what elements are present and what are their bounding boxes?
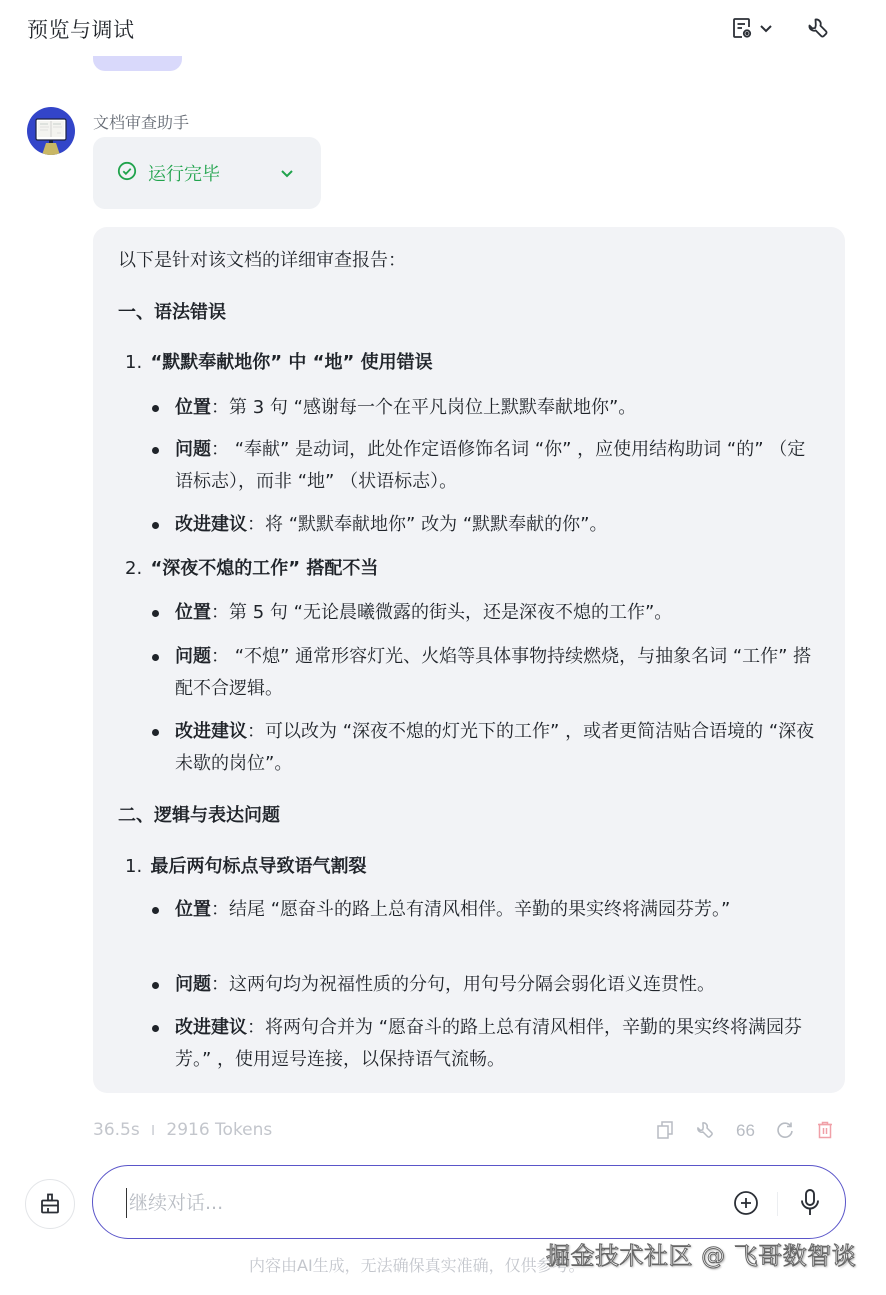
bullet-label: 改进建议	[175, 514, 247, 535]
message-intro: 以下是针对该文档的详细审查报告：	[118, 245, 406, 277]
bullet-text: ：结尾 “愿奋斗的路上总有清风相伴。辛勤的果实终将满园芬芳。”	[211, 899, 730, 920]
previous-message-bubble	[93, 56, 182, 71]
check-circle-icon	[117, 161, 137, 185]
wrench-icon	[806, 16, 830, 40]
header: 预览与调试	[0, 0, 886, 58]
add-attachment-button[interactable]	[733, 1190, 759, 1220]
delete-icon	[815, 1120, 835, 1140]
avatar	[27, 107, 75, 155]
issue-title: “默默奉献地你” 中 “地” 使用错误	[150, 352, 432, 373]
separator: I	[151, 1124, 155, 1139]
bullet-location: 位置：结尾 “愿奋斗的路上总有清风相伴。辛勤的果实终将满园芬芳。”	[148, 894, 818, 926]
delete-button[interactable]	[815, 1120, 835, 1140]
bullet-suggestion: 改进建议：可以改为 “深夜不熄的灯光下的工作” ，或者更简洁贴合语境的 “深夜未…	[148, 716, 818, 780]
chat-input-container	[92, 1165, 846, 1239]
bullet-label: 问题	[175, 974, 211, 995]
issue-heading: 2. “深夜不熄的工作” 搭配不当	[125, 553, 378, 585]
voice-input-button[interactable]	[797, 1188, 823, 1222]
wrench-icon	[695, 1120, 715, 1140]
bullet-problem: 问题： “不熄” 通常形容灯光、火焰等具体事物持续燃烧，与抽象名词 “工作” 搭…	[148, 641, 818, 705]
plus-circle-icon	[733, 1190, 759, 1216]
bullet-location: 位置：第 3 句 “感谢每一个在平凡岗位上默默奉献地你”。	[148, 392, 818, 424]
issue-title: “深夜不熄的工作” 搭配不当	[150, 558, 378, 579]
section-heading: 二、逻辑与表达问题	[118, 800, 280, 832]
copy-button[interactable]	[655, 1120, 675, 1140]
header-actions	[730, 16, 830, 40]
bullet-text: ：将 “默默奉献地你” 改为 “默默奉献的你”。	[247, 514, 607, 535]
clear-context-button[interactable]	[25, 1179, 75, 1229]
regenerate-button[interactable]	[775, 1120, 795, 1140]
bullet-suggestion: 改进建议：将两句合并为 “愿奋斗的路上总有清风相伴，辛勤的果实终将满园芬芳。” …	[148, 1012, 818, 1076]
message-stats: 36.5s I 2916 Tokens	[93, 1120, 272, 1140]
issue-heading: 1. 最后两句标点导致语气割裂	[125, 851, 366, 883]
bullet-label: 改进建议	[175, 1017, 247, 1038]
settings-button[interactable]	[806, 16, 830, 40]
bullet-text: ：第 5 句 “无论晨曦微露的街头，还是深夜不熄的工作”。	[211, 602, 672, 623]
tool-button[interactable]	[695, 1120, 715, 1140]
document-settings-icon	[730, 16, 754, 40]
bullet-suggestion: 改进建议：将 “默默奉献地你” 改为 “默默奉献的你”。	[148, 509, 818, 541]
bullet-location: 位置：第 5 句 “无论晨曦微露的街头，还是深夜不熄的工作”。	[148, 597, 818, 629]
refresh-icon	[775, 1120, 795, 1140]
svg-text:66: 66	[736, 1121, 755, 1140]
message-actions: 66	[655, 1120, 835, 1140]
bullet-text: ：将两句合并为 “愿奋斗的路上总有清风相伴，辛勤的果实终将满园芬芳。” ，使用逗…	[175, 1017, 802, 1070]
bullet-label: 位置	[175, 397, 211, 418]
monitor-document-avatar-icon	[27, 107, 75, 155]
bullet-text: ：可以改为 “深夜不熄的灯光下的工作” ，或者更简洁贴合语境的 “深夜未歇的岗位…	[175, 721, 814, 774]
quote-icon: 66	[735, 1120, 755, 1140]
issue-heading: 1. “默默奉献地你” 中 “地” 使用错误	[125, 347, 433, 379]
section-heading: 一、语法错误	[118, 297, 226, 329]
quote-button[interactable]: 66	[735, 1120, 755, 1140]
bullet-text: ：第 3 句 “感谢每一个在平凡岗位上默默奉献地你”。	[211, 397, 636, 418]
assistant-message: 以下是针对该文档的详细审查报告： 一、语法错误 1. “默默奉献地你” 中 “地…	[93, 227, 845, 1093]
bullet-label: 改进建议	[175, 721, 247, 742]
duration: 36.5s	[93, 1120, 140, 1140]
run-status-label: 运行完毕	[148, 160, 220, 186]
bullet-text: ：这两句均为祝福性质的分句，用句号分隔会弱化语义连贯性。	[211, 974, 715, 995]
bullet-label: 问题	[175, 646, 211, 667]
ai-disclaimer: 内容由AI生成，无法确保真实准确，仅供参考。	[249, 1253, 585, 1276]
broom-icon	[38, 1192, 62, 1216]
issue-number: 1.	[125, 856, 142, 877]
bullet-text: ： “不熄” 通常形容灯光、火焰等具体事物持续燃烧，与抽象名词 “工作” 搭配不…	[175, 646, 811, 699]
issue-number: 1.	[125, 352, 142, 373]
divider	[777, 1192, 778, 1216]
document-settings-dropdown[interactable]	[730, 16, 774, 40]
bot-name: 文档审查助手	[93, 110, 189, 133]
chevron-down-icon	[758, 20, 774, 36]
issue-title: 最后两句标点导致语气割裂	[150, 856, 366, 877]
bullet-label: 位置	[175, 899, 211, 920]
page-title: 预览与调试	[27, 14, 135, 44]
bullet-label: 问题	[175, 439, 211, 460]
bullet-text: ： “奉献” 是动词，此处作定语修饰名词 “你” ，应使用结构助词 “的” （定…	[175, 439, 805, 492]
watermark: 掘金技术社区 @ 飞哥数智谈	[546, 1236, 856, 1271]
message-meta: 36.5s I 2916 Tokens 66	[93, 1120, 845, 1144]
bullet-problem: 问题： “奉献” 是动词，此处作定语修饰名词 “你” ，应使用结构助词 “的” …	[148, 434, 818, 498]
copy-icon	[655, 1120, 675, 1140]
chevron-down-icon	[279, 165, 295, 185]
bullet-label: 位置	[175, 602, 211, 623]
token-count: 2916 Tokens	[166, 1120, 272, 1140]
bullet-problem: 问题：这两句均为祝福性质的分句，用句号分隔会弱化语义连贯性。	[148, 969, 818, 1001]
issue-number: 2.	[125, 558, 142, 579]
microphone-icon	[797, 1188, 823, 1218]
run-status-toggle[interactable]: 运行完毕	[93, 137, 321, 209]
chat-input[interactable]	[126, 1188, 686, 1218]
